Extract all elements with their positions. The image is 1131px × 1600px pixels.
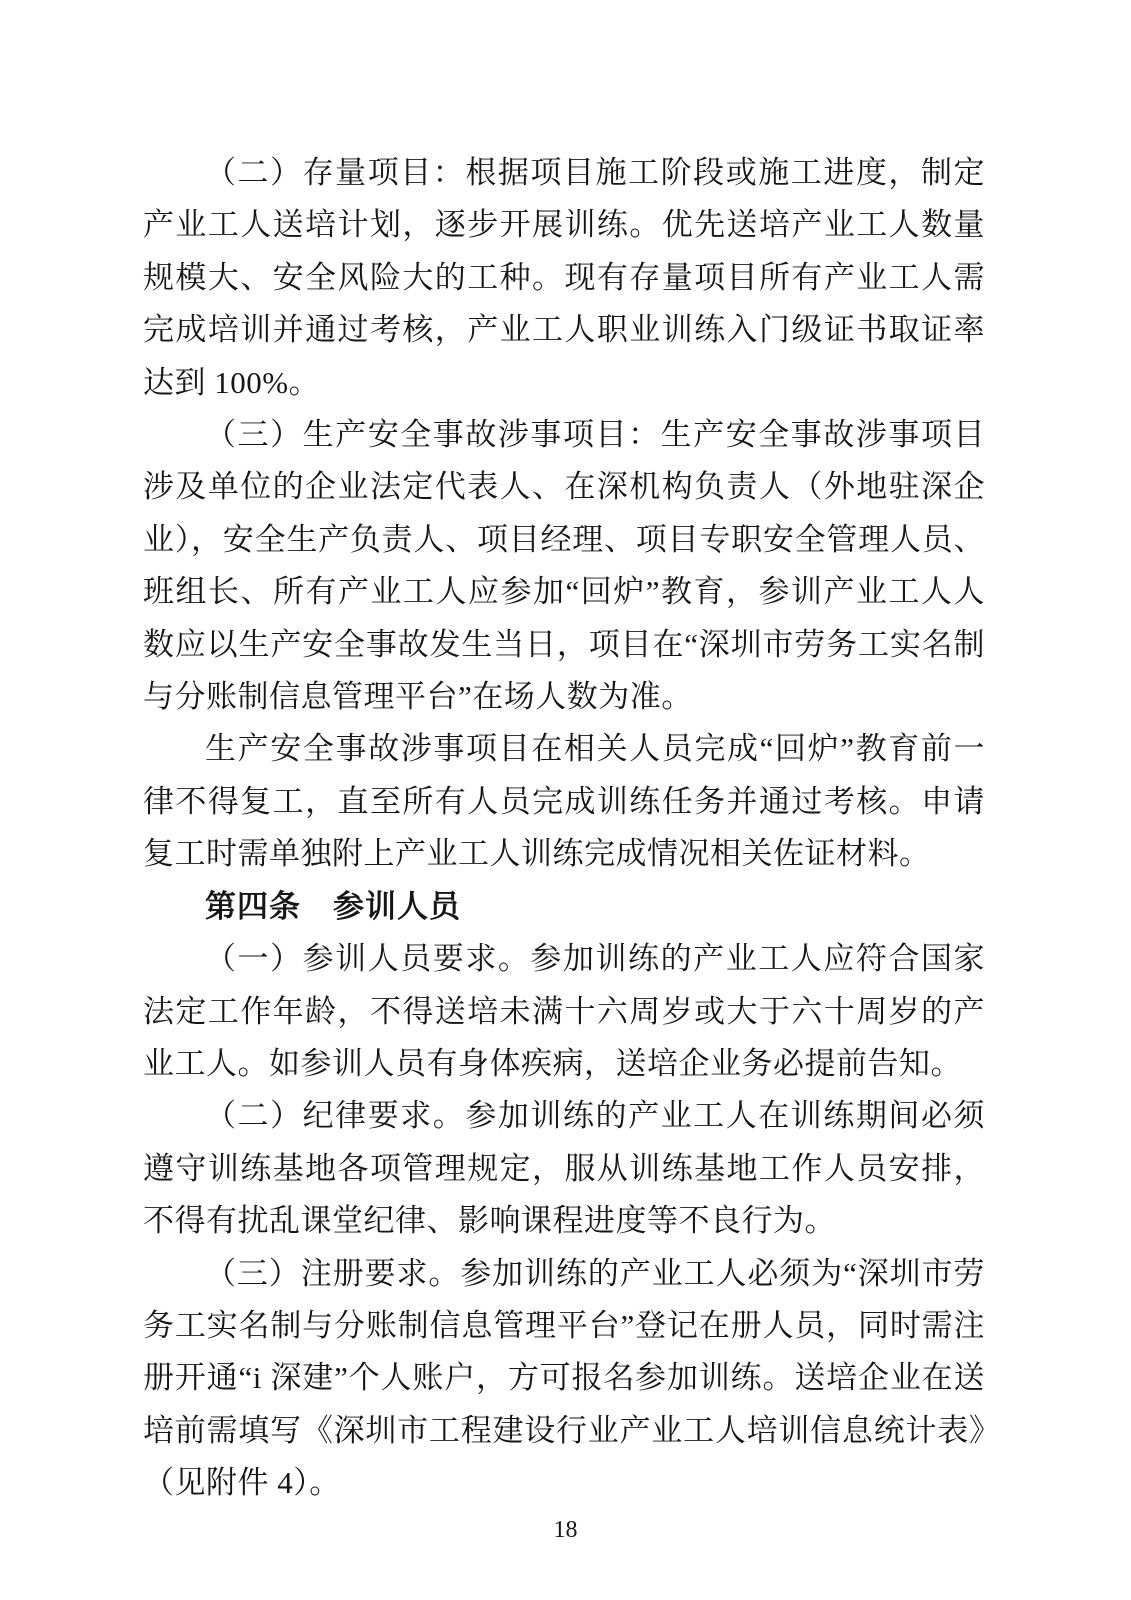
body-paragraph: （二）纪律要求。参加训练的产业工人在训练期间必须遵守训练基地各项管理规定，服从训… <box>143 1090 985 1247</box>
body-paragraph: 生产安全事故涉事项目在相关人员完成“回炉”教育前一律不得复工，直至所有人员完成训… <box>143 723 985 880</box>
document-body: （二）存量项目：根据项目施工阶段或施工进度，制定产业工人送培计划，逐步开展训练。… <box>143 147 985 1510</box>
body-paragraph: （三）生产安全事故涉事项目：生产安全事故涉事项目涉及单位的企业法定代表人、在深机… <box>143 409 985 723</box>
body-paragraph: （一）参训人员要求。参加训练的产业工人应符合国家法定工作年龄，不得送培未满十六周… <box>143 933 985 1090</box>
body-paragraph: （二）存量项目：根据项目施工阶段或施工进度，制定产业工人送培计划，逐步开展训练。… <box>143 147 985 409</box>
body-paragraph: （三）注册要求。参加训练的产业工人必须为“深圳市劳务工实名制与分账制信息管理平台… <box>143 1248 985 1510</box>
document-page: （二）存量项目：根据项目施工阶段或施工进度，制定产业工人送培计划，逐步开展训练。… <box>0 0 1131 1600</box>
page-number: 18 <box>0 1515 1131 1545</box>
section-heading-article-4: 第四条 参训人员 <box>143 881 985 933</box>
